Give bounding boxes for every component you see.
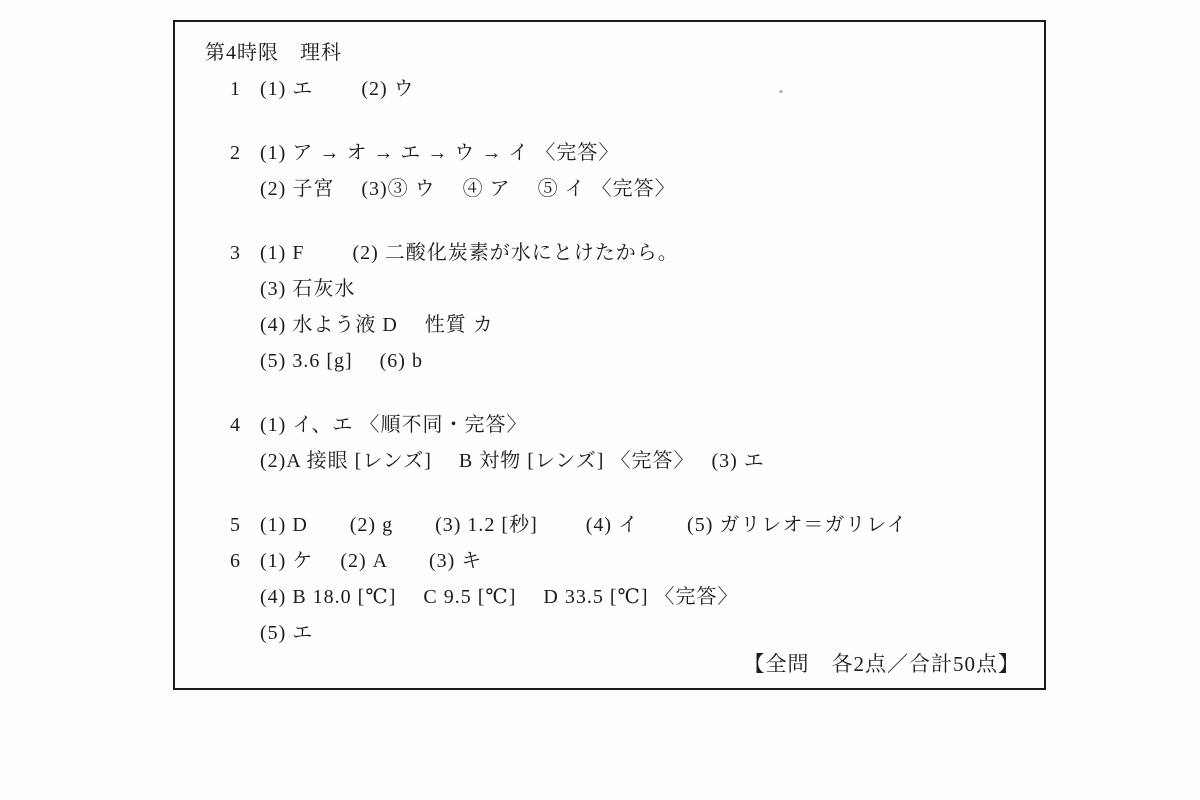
answer-text: (1) ア → オ → エ → ウ → イ 〈完答〉: [260, 135, 619, 171]
question-number: 5: [230, 507, 260, 543]
question-number-spacer: [230, 443, 260, 479]
answer-text: (2)A 接眼 [レンズ] B 対物 [レンズ] 〈完答〉 (3) エ: [260, 443, 765, 479]
answer-line: 2 (1) ア → オ → エ → ウ → イ 〈完答〉: [230, 135, 1034, 171]
answer-line: (5) エ: [230, 615, 1034, 651]
answers-list: 1 (1) エ (2) ウ 2 (1) ア → オ → エ → ウ → イ 〈完…: [205, 71, 1034, 651]
page-title: 第4時限 理科: [205, 35, 1034, 71]
answer-text: (5) 3.6 [g] (6) b: [260, 343, 423, 379]
answer-sheet-content: 第4時限 理科 1 (1) エ (2) ウ 2 (1) ア → オ → エ → …: [175, 22, 1044, 651]
question-number: 3: [230, 235, 260, 271]
scoring-note: 【全問 各2点／合計50点】: [744, 648, 1021, 678]
question-2-block: 2 (1) ア → オ → エ → ウ → イ 〈完答〉 (2) 子宮 (3)③…: [230, 135, 1034, 207]
answer-line: 1 (1) エ (2) ウ: [230, 71, 1034, 107]
answer-line: (5) 3.6 [g] (6) b: [230, 343, 1034, 379]
answer-line: 6 (1) ケ (2) A (3) キ: [230, 543, 1034, 579]
scan-artifact-dot: [779, 90, 783, 93]
question-number: 4: [230, 407, 260, 443]
answer-text: (4) 水よう液 D 性質 カ: [260, 307, 494, 343]
answer-text: (4) B 18.0 [℃] C 9.5 [℃] D 33.5 [℃] 〈完答〉: [260, 579, 739, 615]
answer-line: (3) 石灰水: [230, 271, 1034, 307]
question-number-spacer: [230, 579, 260, 615]
question-number: 1: [230, 71, 260, 107]
answer-text: (1) ケ (2) A (3) キ: [260, 543, 482, 579]
answer-line: 5 (1) D (2) g (3) 1.2 [秒] (4) イ (5) ガリレオ…: [230, 507, 1034, 543]
answer-line: (4) B 18.0 [℃] C 9.5 [℃] D 33.5 [℃] 〈完答〉: [230, 579, 1034, 615]
answer-text: (2) 子宮 (3)③ ウ ④ ア ⑤ イ 〈完答〉: [260, 171, 676, 207]
answer-text: (1) F (2) 二酸化炭素が水にとけたから。: [260, 235, 679, 271]
answer-sheet-frame: 第4時限 理科 1 (1) エ (2) ウ 2 (1) ア → オ → エ → …: [173, 20, 1046, 690]
answer-text: (1) エ (2) ウ: [260, 71, 415, 107]
question-4-block: 4 (1) イ、エ 〈順不同・完答〉 (2)A 接眼 [レンズ] B 対物 [レ…: [230, 407, 1034, 479]
answer-line: (4) 水よう液 D 性質 カ: [230, 307, 1034, 343]
answer-text: (5) エ: [260, 615, 313, 651]
answer-line: 3 (1) F (2) 二酸化炭素が水にとけたから。: [230, 235, 1034, 271]
answer-line: (2)A 接眼 [レンズ] B 対物 [レンズ] 〈完答〉 (3) エ: [230, 443, 1034, 479]
question-number-spacer: [230, 171, 260, 207]
question-5-block: 5 (1) D (2) g (3) 1.2 [秒] (4) イ (5) ガリレオ…: [230, 507, 1034, 543]
question-number-spacer: [230, 307, 260, 343]
answer-line: 4 (1) イ、エ 〈順不同・完答〉: [230, 407, 1034, 443]
answer-line: (2) 子宮 (3)③ ウ ④ ア ⑤ イ 〈完答〉: [230, 171, 1034, 207]
question-number-spacer: [230, 615, 260, 651]
question-number-spacer: [230, 343, 260, 379]
question-number: 6: [230, 543, 260, 579]
answer-text: (1) D (2) g (3) 1.2 [秒] (4) イ (5) ガリレオ＝ガ…: [260, 507, 907, 543]
question-6-block: 6 (1) ケ (2) A (3) キ (4) B 18.0 [℃] C 9.5…: [230, 543, 1034, 651]
question-number-spacer: [230, 271, 260, 307]
answer-text: (3) 石灰水: [260, 271, 355, 307]
question-number: 2: [230, 135, 260, 171]
question-1-block: 1 (1) エ (2) ウ: [230, 71, 1034, 107]
answer-text: (1) イ、エ 〈順不同・完答〉: [260, 407, 528, 443]
question-3-block: 3 (1) F (2) 二酸化炭素が水にとけたから。 (3) 石灰水 (4) 水…: [230, 235, 1034, 379]
